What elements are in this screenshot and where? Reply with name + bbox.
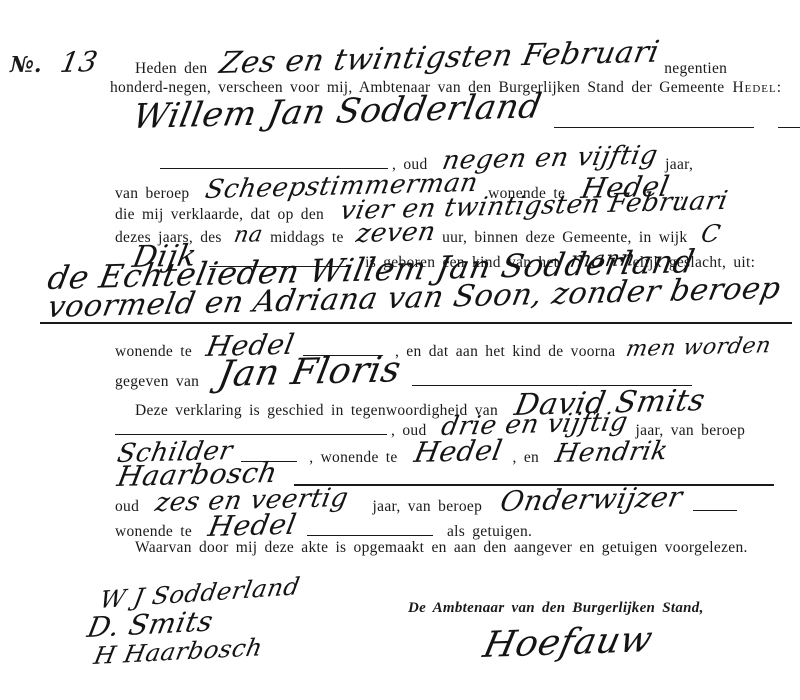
printed-text: Waarvan door mij deze akte is opgemaakt … xyxy=(135,539,748,556)
act-number-value: 13 xyxy=(58,47,100,77)
handwritten-declarant-name: Willem Jan Sodderland xyxy=(130,89,544,135)
handwritten-residence: Hedel xyxy=(206,510,299,542)
printed-text: Heden den xyxy=(135,60,207,77)
handwritten-signature: H Haarbosch xyxy=(92,635,265,668)
line-declarant-name: Willem Jan Sodderland xyxy=(130,100,800,136)
signature-official: Hoefauw xyxy=(480,628,647,664)
blank-line xyxy=(160,155,388,169)
handwritten-child-name: Jan Floris xyxy=(215,351,404,394)
handwritten-date: Zes en twintigsten Februari xyxy=(217,37,662,80)
printed-text: gegeven van xyxy=(115,373,199,390)
line-date: Heden den Zes en twintigsten Februari ne… xyxy=(135,48,727,80)
act-number: №. 13 xyxy=(10,48,94,77)
printed-text: wonende te xyxy=(115,523,192,540)
blank-line xyxy=(554,114,754,128)
blank-line xyxy=(307,522,433,536)
signature-witness2: H Haarbosch xyxy=(92,644,258,668)
blank-line xyxy=(115,421,387,435)
line-parents-2: voormeld en Adriana van Soon, zonder ber… xyxy=(45,292,774,324)
printed-official-title: De Ambtenaar van den Burgerlijken Stand, xyxy=(408,600,704,616)
birth-certificate-document: №. 13 Heden den Zes en twintigsten Febru… xyxy=(0,0,800,700)
handwritten-signature: Hoefauw xyxy=(480,622,656,664)
blank-line xyxy=(693,497,737,511)
printed-text: : xyxy=(777,79,782,96)
blank-line xyxy=(778,114,800,128)
municipality-name: Hedel xyxy=(732,79,776,96)
printed-text: negentien xyxy=(664,60,727,77)
act-number-label: №. xyxy=(10,52,42,78)
line-closing: Waarvan door mij deze akte is opgemaakt … xyxy=(135,540,748,557)
divider-rule xyxy=(40,322,792,324)
official-title: De Ambtenaar van den Burgerlijken Stand, xyxy=(408,600,704,617)
printed-text: als getuigen. xyxy=(447,523,532,540)
line-witnesses-residence: wonende te Hedel als getuigen. xyxy=(115,512,532,541)
